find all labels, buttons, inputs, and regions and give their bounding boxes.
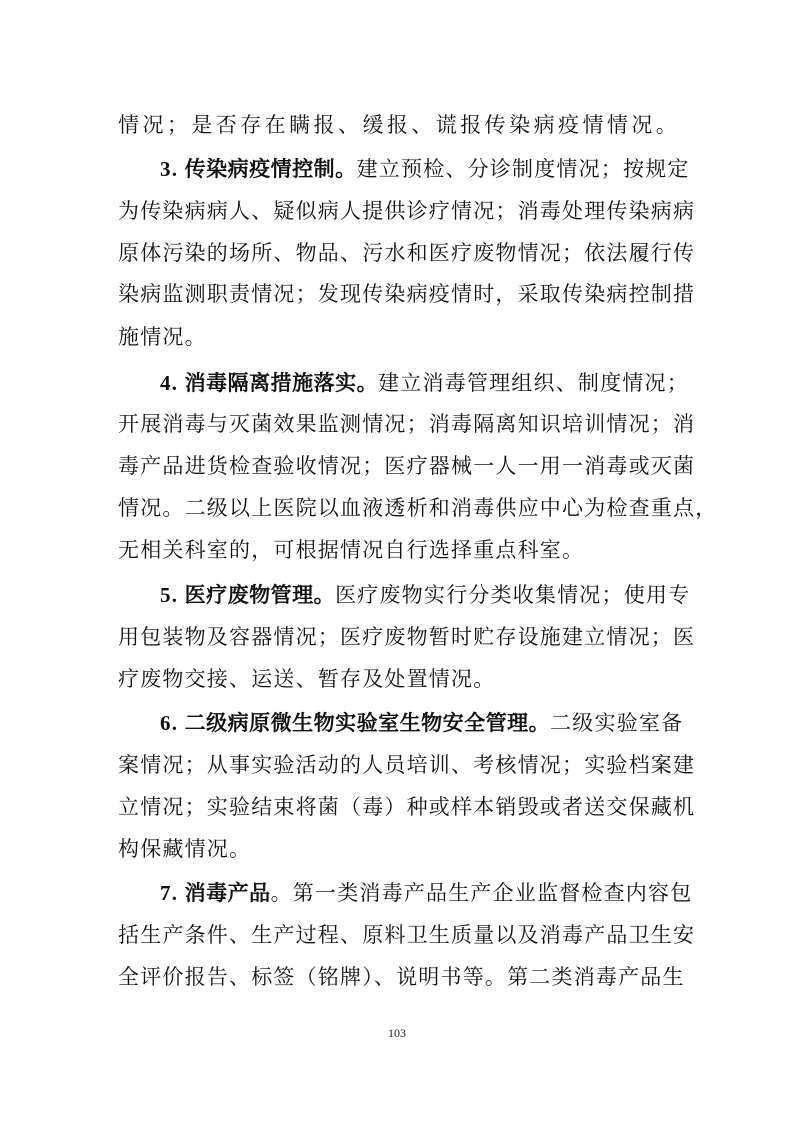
body-line: 情况；是否存在瞒报、缓报、谎报传染病疫情情况。 — [118, 112, 678, 138]
section-text: 。第一类消毒产品生产企业监督检查内容包 — [271, 881, 693, 905]
section-6-heading-line: 6. 二级病原微生物实验室生物安全管理。二级实验室备 — [160, 710, 678, 736]
body-line: 用包装物及容器情况；医疗废物暂时贮存设施建立情况；医 — [118, 624, 678, 650]
body-line: 括生产条件、生产过程、原料卫生质量以及消毒产品卫生安 — [118, 922, 678, 948]
section-3-heading-line: 3. 传染病疫情控制。建立预检、分诊制度情况；按规定 — [160, 156, 678, 182]
body-line: 原体污染的场所、物品、污水和医疗废物情况；依法履行传 — [118, 240, 678, 266]
body-line: 无相关科室的，可根据情况自行选择重点科室。 — [118, 537, 678, 563]
section-number: 7. — [160, 881, 185, 905]
body-line: 毒产品进货检查验收情况；医疗器械一人一用一消毒或灭菌 — [118, 453, 678, 479]
body-line: 全评价报告、标签（铭牌）、说明书等。第二类消毒产品生 — [118, 964, 678, 990]
body-line: 情况。二级以上医院以血液透析和消毒供应中心为检查重点， — [118, 495, 678, 521]
body-line: 疗废物交接、运送、暂存及处置情况。 — [118, 666, 678, 692]
body-line: 施情况。 — [118, 324, 678, 350]
section-number: 6. — [160, 711, 185, 735]
section-title: 消毒隔离措施落实。 — [185, 371, 379, 395]
section-text: 建立预检、分诊制度情况；按规定 — [357, 157, 690, 181]
section-text: 医疗废物实行分类收集情况；使用专 — [335, 583, 690, 607]
section-5-heading-line: 5. 医疗废物管理。医疗废物实行分类收集情况；使用专 — [160, 582, 678, 608]
body-line: 立情况；实验结束将菌（毒）种或样本销毁或者送交保藏机 — [118, 794, 678, 820]
section-number: 4. — [160, 371, 185, 395]
body-line: 构保藏情况。 — [118, 836, 678, 862]
body-line: 为传染病病人、疑似病人提供诊疗情况；消毒处理传染病病 — [118, 198, 678, 224]
section-7-heading-line: 7. 消毒产品。第一类消毒产品生产企业监督检查内容包 — [160, 880, 678, 906]
section-title: 消毒产品 — [185, 881, 271, 905]
section-title: 传染病疫情控制。 — [185, 157, 357, 181]
body-line: 染病监测职责情况；发现传染病疫情时，采取传染病控制措 — [118, 281, 678, 307]
body-line: 开展消毒与灭菌效果监测情况；消毒隔离知识培训情况；消 — [118, 411, 678, 437]
body-line: 案情况；从事实验活动的人员培训、考核情况；实验档案建 — [118, 752, 678, 778]
page-number: 103 — [0, 1026, 794, 1041]
section-title: 医疗废物管理。 — [185, 583, 336, 607]
section-text: 建立消毒管理组织、制度情况； — [378, 371, 689, 395]
section-text: 二级实验室备 — [550, 711, 683, 735]
section-title: 二级病原微生物实验室生物安全管理。 — [185, 711, 551, 735]
section-number: 5. — [160, 583, 185, 607]
section-number: 3. — [160, 157, 185, 181]
section-4-heading-line: 4. 消毒隔离措施落实。建立消毒管理组织、制度情况； — [160, 370, 678, 396]
